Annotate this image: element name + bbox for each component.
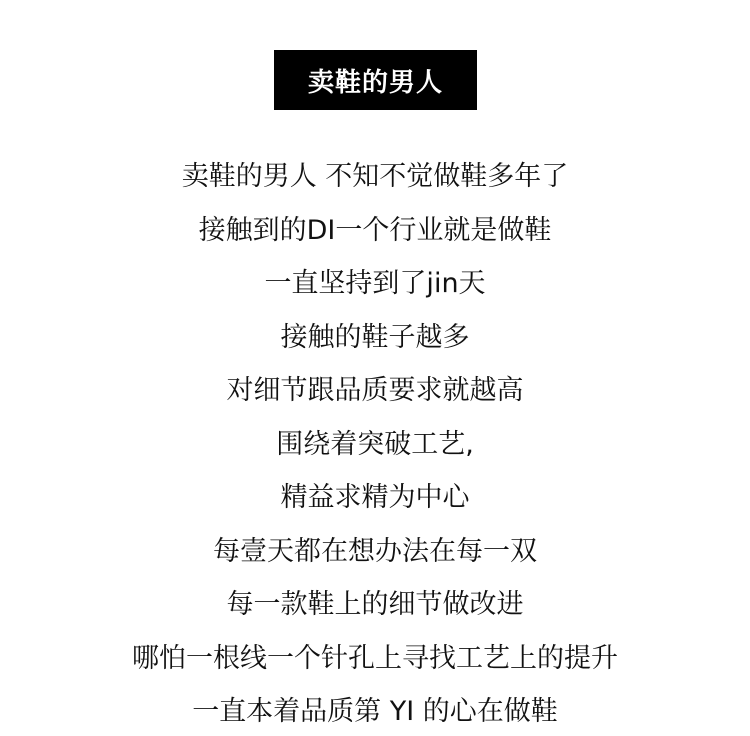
- page-title: 卖鞋的男人: [308, 62, 443, 99]
- text-line: 对细节跟品质要求就越高: [0, 364, 750, 418]
- text-line: 哪怕一根线一个针孔上寻找工艺上的提升: [0, 632, 750, 686]
- text-line: 接触的鞋子越多: [0, 311, 750, 365]
- text-line: 一直本着品质第 YI 的心在做鞋: [0, 685, 750, 736]
- text-body: 卖鞋的男人 不知不觉做鞋多年了 接触到的DI一个行业就是做鞋 一直坚持到了jin…: [0, 150, 750, 736]
- text-line: 接触到的DI一个行业就是做鞋: [0, 204, 750, 258]
- text-line: 一直坚持到了jin天: [0, 257, 750, 311]
- title-banner: 卖鞋的男人: [274, 50, 477, 110]
- text-line: 卖鞋的男人 不知不觉做鞋多年了: [0, 150, 750, 204]
- text-line: 每壹天都在想办法在每一双: [0, 525, 750, 579]
- text-line: 每一款鞋上的细节做改进: [0, 578, 750, 632]
- text-line: 精益求精为中心: [0, 471, 750, 525]
- text-line: 围绕着突破工艺,: [0, 418, 750, 472]
